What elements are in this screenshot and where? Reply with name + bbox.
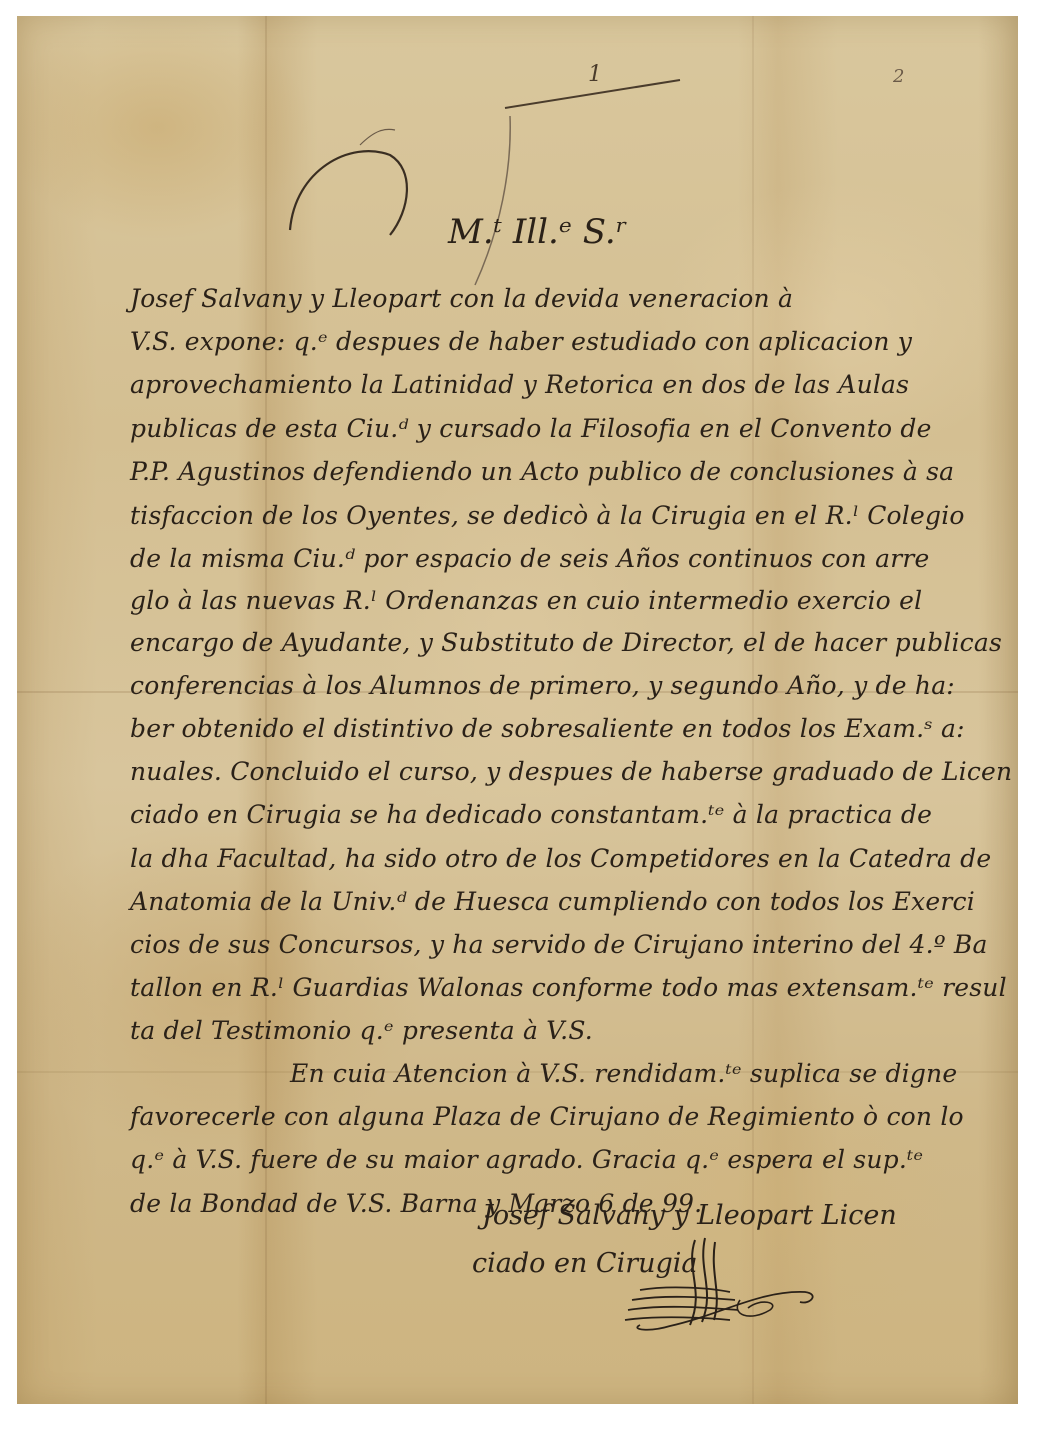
body-line: de la misma Ciu.ᵈ por espacio de seis Añ… — [130, 546, 930, 571]
body-line: ta del Testimonio q.ᵉ presenta à V.S. — [130, 1018, 593, 1043]
paper-fold-vertical — [752, 16, 754, 1404]
body-line: cios de sus Concursos, y ha servido de C… — [130, 932, 988, 957]
body-line: publicas de esta Ciu.ᵈ y cursado la Filo… — [130, 416, 932, 441]
body-line: V.S. expone: q.ᵉ despues de haber estudi… — [130, 329, 912, 354]
petition-line: En cuia Atencion à V.S. rendidam.ᵗᵉ supl… — [290, 1061, 957, 1086]
salutation: M.ᵗ Ill.ᵉ S.ʳ — [448, 212, 627, 252]
body-line: nuales. Concluido el curso, y despues de… — [130, 759, 1012, 784]
body-line: Josef Salvany y Lleopart con la devida v… — [130, 286, 793, 311]
body-line: conferencias à los Alumnos de primero, y… — [130, 673, 955, 698]
body-line: Anatomia de la Univ.ᵈ de Huesca cumplien… — [130, 889, 975, 914]
top-ink-flourish — [200, 60, 720, 300]
body-line: ber obtenido el distintivo de sobresalie… — [130, 716, 965, 741]
signature-name: Josef Salvany y Lleopart Licen — [482, 1200, 897, 1231]
petition-line: favorecerle con alguna Plaza de Cirujano… — [130, 1104, 964, 1129]
petition-line: q.ᵉ à V.S. fuere de su maior agrado. Gra… — [130, 1147, 923, 1172]
body-line: encargo de Ayudante, y Substituto de Dir… — [130, 630, 1002, 655]
body-line: tallon en R.ˡ Guardias Walonas conforme … — [130, 975, 1007, 1000]
folio-number: 2 — [893, 66, 904, 87]
body-line: P.P. Agustinos defendiendo un Acto publi… — [130, 459, 954, 484]
body-line: tisfaccion de los Oyentes, se dedicò à l… — [130, 503, 965, 528]
signature-rubric — [610, 1230, 830, 1340]
body-line: aprovechamiento la Latinidad y Retorica … — [130, 372, 909, 397]
body-line: ciado en Cirugia se ha dedicado constant… — [130, 802, 932, 827]
folio-mark: 1 — [588, 62, 602, 87]
body-line: glo à las nuevas R.ˡ Ordenanzas en cuio … — [130, 588, 922, 613]
body-line: la dha Facultad, ha sido otro de los Com… — [130, 846, 991, 871]
